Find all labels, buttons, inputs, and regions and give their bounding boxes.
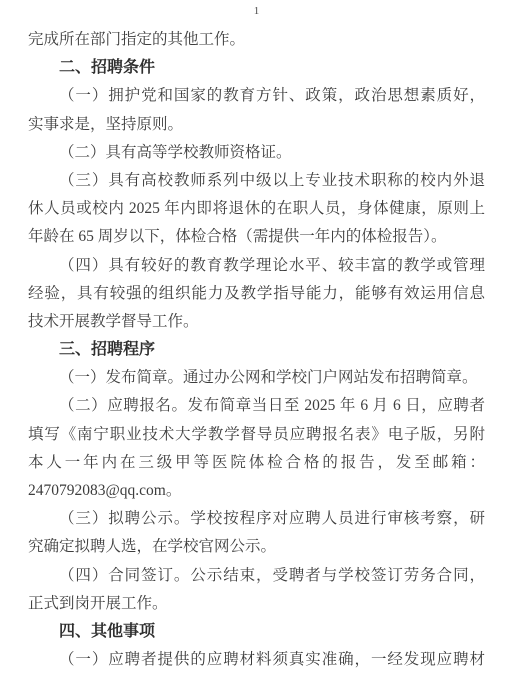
- document-line: 技术开展教学督导工作。: [28, 308, 485, 336]
- document-line: （一）拥护党和国家的教育方针、政策，政治思想素质好，: [28, 82, 485, 110]
- document-line: 实事求是，坚持原则。: [28, 111, 485, 139]
- document-line: 正式到岗开展工作。: [28, 590, 485, 618]
- document-line: （三）拟聘公示。学校按程序对应聘人员进行审核考察，研: [28, 505, 485, 533]
- document-content: 完成所在部门指定的其他工作。二、招聘条件（一）拥护党和国家的教育方针、政策，政治…: [28, 26, 485, 674]
- section-heading: 三、招聘程序: [28, 336, 485, 364]
- document-line: （三）具有高校教师系列中级以上专业技术职称的校内外退: [28, 167, 485, 195]
- document-line: 休人员或校内 2025 年内即将退休的在职人员，身体健康，原则上: [28, 195, 485, 223]
- document-page: 1 完成所在部门指定的其他工作。二、招聘条件（一）拥护党和国家的教育方针、政策，…: [0, 0, 513, 685]
- document-line: 年龄在 65 周岁以下，体检合格（需提供一年内的体检报告）。: [28, 223, 485, 251]
- section-heading: 二、招聘条件: [28, 54, 485, 82]
- document-line: （一）应聘者提供的应聘材料须真实准确，一经发现应聘材: [28, 646, 485, 674]
- document-line: 究确定拟聘人选，在学校官网公示。: [28, 533, 485, 561]
- document-line: 填写《南宁职业技术大学教学督导员应聘报名表》电子版，另附: [28, 421, 485, 449]
- document-line: （二）应聘报名。发布简章当日至 2025 年 6 月 6 日，应聘者: [28, 392, 485, 420]
- document-line: （一）发布简章。通过办公网和学校门户网站发布招聘简章。: [28, 364, 485, 392]
- page-number: 1: [0, 5, 513, 17]
- section-heading: 四、其他事项: [28, 618, 485, 646]
- document-line: 完成所在部门指定的其他工作。: [28, 26, 485, 54]
- document-line: （二）具有高等学校教师资格证。: [28, 139, 485, 167]
- document-line: 本人一年内在三级甲等医院体检合格的报告，发至邮箱：: [28, 449, 485, 477]
- document-line: （四）合同签订。公示结束，受聘者与学校签订劳务合同，: [28, 562, 485, 590]
- document-line: （四）具有较好的教育教学理论水平、较丰富的教学或管理: [28, 252, 485, 280]
- document-line: 经验，具有较强的组织能力及教学指导能力，能够有效运用信息: [28, 280, 485, 308]
- document-line: 2470792083@qq.com。: [28, 477, 485, 505]
